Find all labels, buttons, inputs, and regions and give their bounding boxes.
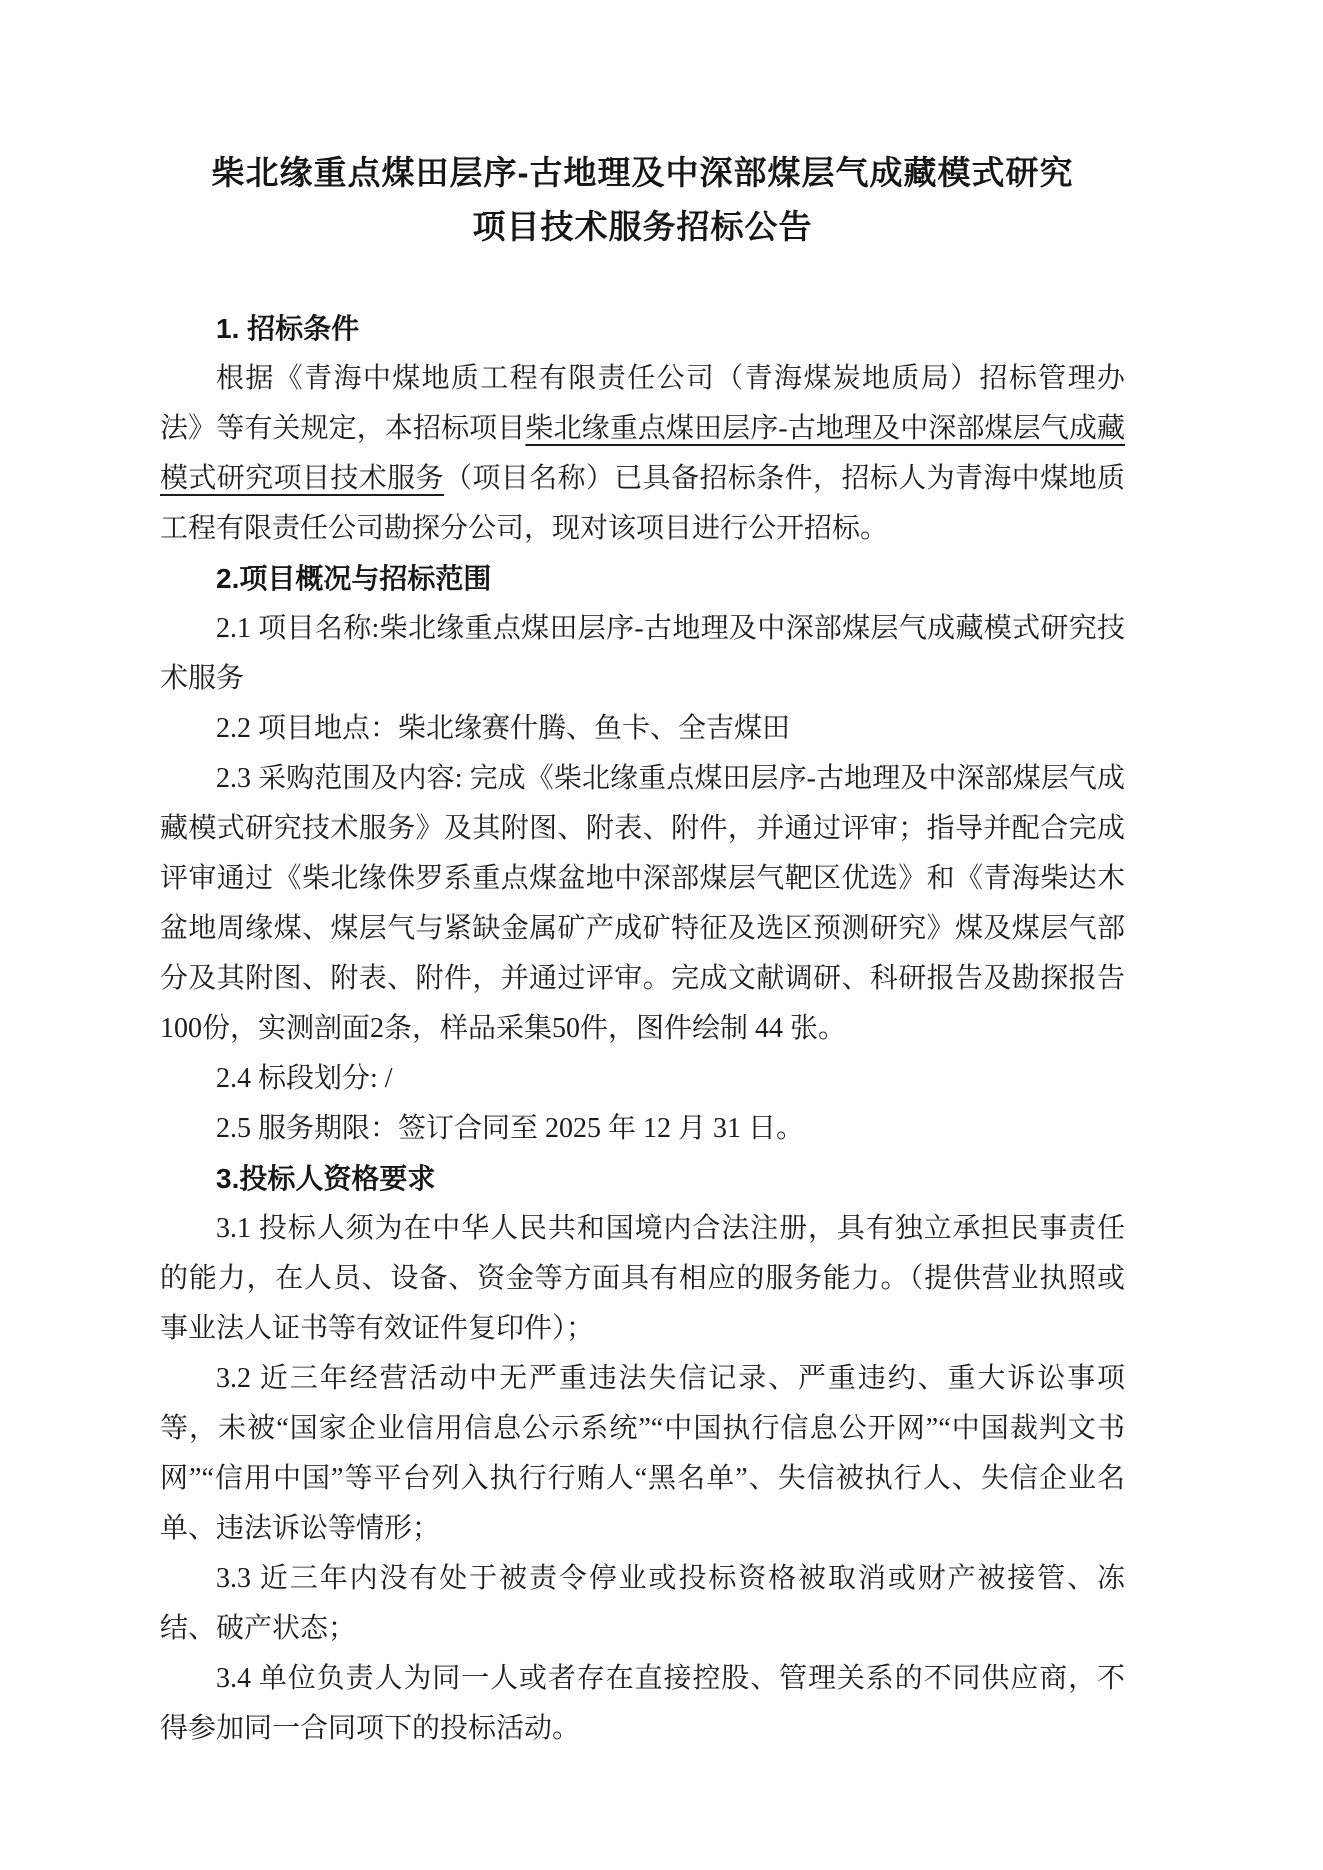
section2-item-2-2: 2.2 项目地点：柴北缘赛什腾、鱼卡、全吉煤田 xyxy=(160,704,1125,754)
section3-item-3-4: 3.4 单位负责人为同一人或者存在直接控股、管理关系的不同供应商，不得参加同一合… xyxy=(160,1654,1125,1754)
section3-heading: 3.投标人资格要求 xyxy=(160,1154,1125,1204)
section3-item-3-3: 3.3 近三年内没有处于被责令停业或投标资格被取消或财产被接管、冻结、破产状态； xyxy=(160,1554,1125,1654)
section2-heading: 2.项目概况与招标范围 xyxy=(160,554,1125,604)
document-title-line1: 柴北缘重点煤田层序-古地理及中深部煤层气成藏模式研究 xyxy=(160,146,1125,200)
document-page: 柴北缘重点煤田层序-古地理及中深部煤层气成藏模式研究 项目技术服务招标公告 1.… xyxy=(0,0,1323,1870)
section1-heading: 1. 招标条件 xyxy=(160,304,1125,354)
section2-item-2-1: 2.1 项目名称:柴北缘重点煤田层序-古地理及中深部煤层气成藏模式研究技术服务 xyxy=(160,604,1125,704)
document-title: 柴北缘重点煤田层序-古地理及中深部煤层气成藏模式研究 项目技术服务招标公告 xyxy=(160,146,1125,254)
document-body: 1. 招标条件 根据《青海中煤地质工程有限责任公司（青海煤炭地质局）招标管理办法… xyxy=(160,304,1125,1754)
section2-item-2-5: 2.5 服务期限：签订合同至 2025 年 12 月 31 日。 xyxy=(160,1104,1125,1154)
section3-item-3-1: 3.1 投标人须为在中华人民共和国境内合法注册，具有独立承担民事责任的能力，在人… xyxy=(160,1204,1125,1354)
document-title-line2: 项目技术服务招标公告 xyxy=(160,200,1125,254)
section2-item-2-3: 2.3 采购范围及内容: 完成《柴北缘重点煤田层序-古地理及中深部煤层气成藏模式… xyxy=(160,754,1125,1054)
section2-item-2-4: 2.4 标段划分: / xyxy=(160,1054,1125,1104)
document-content: 柴北缘重点煤田层序-古地理及中深部煤层气成藏模式研究 项目技术服务招标公告 1.… xyxy=(160,146,1125,1754)
section3-item-3-2: 3.2 近三年经营活动中无严重违法失信记录、严重违约、重大诉讼事项等，未被“国家… xyxy=(160,1354,1125,1554)
section1-intro-paragraph: 根据《青海中煤地质工程有限责任公司（青海煤炭地质局）招标管理办法》等有关规定，本… xyxy=(160,354,1125,554)
